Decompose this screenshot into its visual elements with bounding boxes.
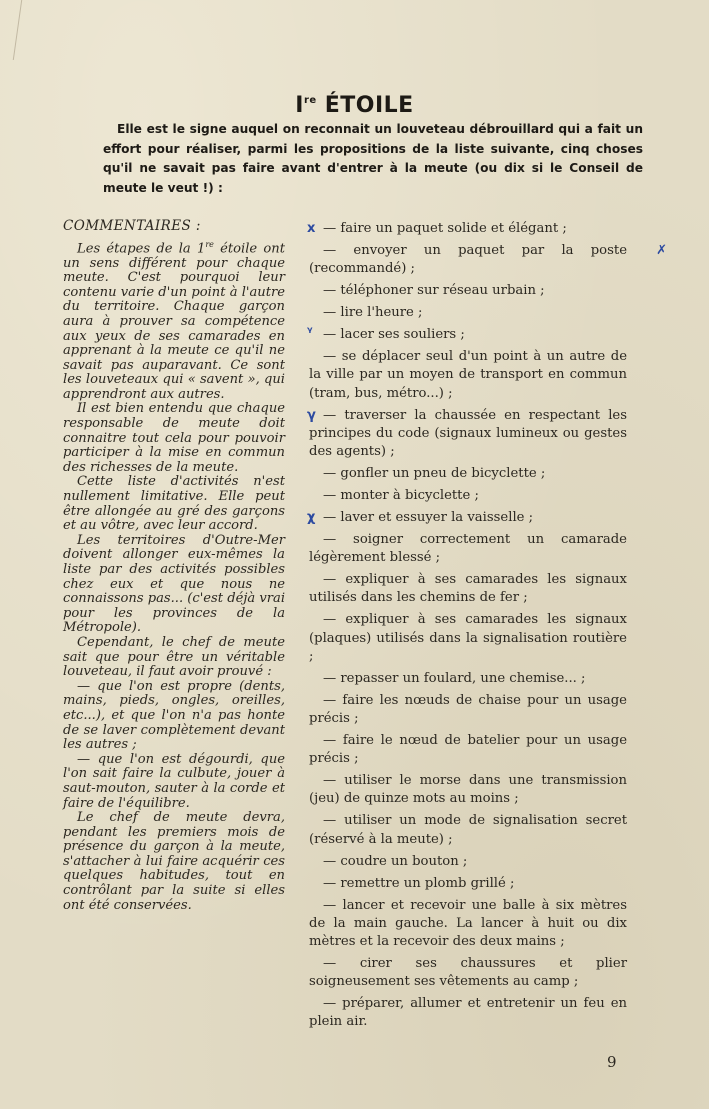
title-text: ÉTOILE [325,93,414,118]
page-title: IreÉTOILE [0,93,709,118]
commentaire-paragraph: Les étapes de la 1re étoile ont un sens … [63,238,285,403]
activity-item: — utiliser le morse dans une transmissio… [309,772,627,808]
pen-mark-icon: χ [293,509,315,527]
pen-mark-icon: ✗ [642,242,667,260]
intro-paragraph: Elle est le signe auquel on reconnait un… [103,120,643,198]
activity-item: — faire les nœuds de chaise pour un usag… [309,692,627,728]
commentaire-paragraph: — que l'on est dégourdi, que l'on sait f… [63,753,285,811]
pen-mark-icon: γ [293,407,316,425]
activity-item: — monter à bicyclette ; [309,487,627,505]
commentaire-paragraph: Le chef de meute devra, pendant les prem… [63,811,285,913]
page-number: 9 [607,1053,617,1071]
activity-item: — utiliser un mode de signalisation secr… [309,812,627,848]
book-page: IreÉTOILE Elle est le signe auquel on re… [0,0,709,1109]
title-superscript: re [304,95,317,106]
activity-item: — expliquer à ses camarades les signaux … [309,611,627,666]
activities-list: x— faire un paquet solide et élégant ; —… [309,220,627,1035]
activity-item: — préparer, allumer et entretenir un feu… [309,995,627,1031]
activity-item: — cirer ses chaussures et plier soigneus… [309,955,627,991]
activity-item: — faire le nœud de batelier pour un usag… [309,732,627,768]
activity-item: x— faire un paquet solide et élégant ; [309,220,627,238]
activity-item: — expliquer à ses camarades les signaux … [309,571,627,607]
activity-item: — repasser un foulard, une chemise... ; [309,670,627,688]
activity-item: — lancer et recevoir une balle à six mèt… [309,897,627,952]
paper-crease [13,0,24,60]
activity-item: — coudre un bouton ; [309,853,627,871]
activity-item: — remettre un plomb grillé ; [309,875,627,893]
pen-mark-icon: x [293,220,315,238]
pen-mark-icon: ᵞ [293,324,313,342]
activity-item: — soigner correctement un camarade légèr… [309,531,627,567]
commentaires-column: COMMENTAIRES : Les étapes de la 1re étoi… [63,219,285,913]
activity-item: γ— traverser la chaussée en respectant l… [309,407,627,462]
title-prefix: I [295,93,304,118]
commentaire-paragraph: Cependant, le chef de meute sait que pou… [63,636,285,680]
commentaire-paragraph: Cette liste d'activités n'est nullement … [63,475,285,533]
activity-item: — lire l'heure ; [309,304,627,322]
commentaire-paragraph: Les territoires d'Outre-Mer doivent allo… [63,534,285,636]
commentaire-paragraph: Il est bien entendu que chaque responsab… [63,402,285,475]
commentaires-heading: COMMENTAIRES : [63,219,285,234]
activity-item: — gonfler un pneu de bicyclette ; [309,465,627,483]
activity-item: — se déplacer seul d'un point à un autre… [309,348,627,403]
commentaire-paragraph: — que l'on est propre (dents, mains, pie… [63,680,285,753]
activity-item: — envoyer un paquet par la poste (recomm… [309,242,627,278]
activity-item: — téléphoner sur réseau urbain ; [309,282,627,300]
activity-item: χ— laver et essuyer la vaisselle ; [309,509,627,527]
activity-item: ᵞ— lacer ses souliers ; [309,326,627,344]
